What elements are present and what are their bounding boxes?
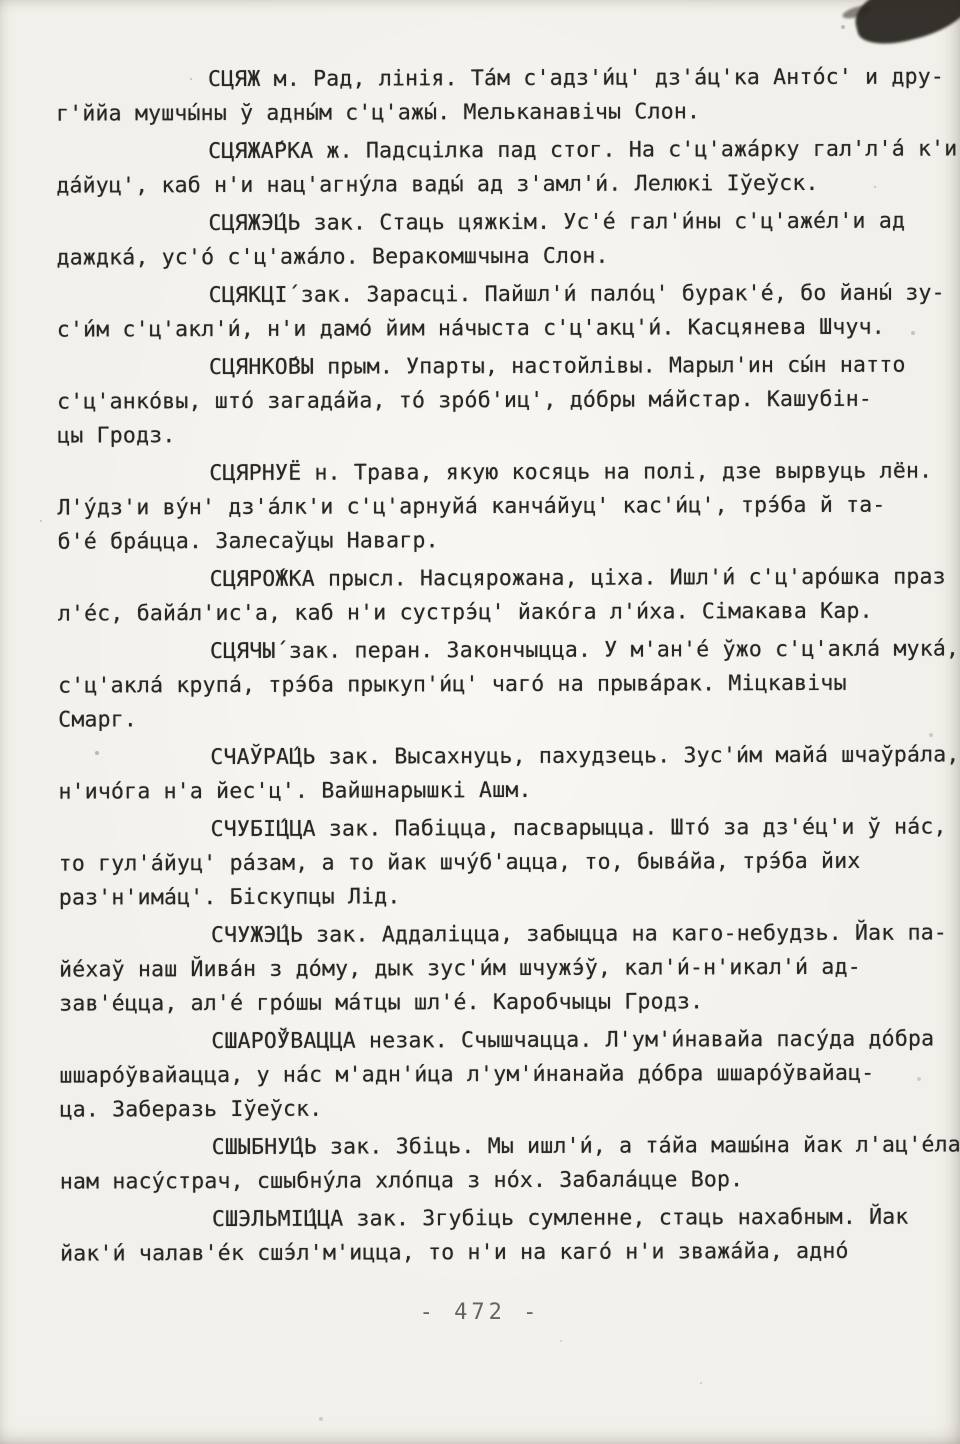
entry-headword-line: СЦЯРНУЁ н. Трава, якую косяць на полі, д… bbox=[57, 454, 957, 491]
entry-line: с'и́м с'ц'акл'и́, н'и дамо́ йим на́чыста… bbox=[57, 310, 957, 347]
entry-headword-line: СШАРО́ЎВАЦЦА незак. Счышчацца. Л'ум'и́на… bbox=[59, 1022, 959, 1059]
entry-line: г'ййа мушчы́ны ў адны́м с'ц'ажы́. Мелька… bbox=[56, 94, 956, 131]
dictionary-entry: СЧУЖЭ́ЦЬ зак. Аддаліцца, забыцца на каго… bbox=[59, 916, 959, 1021]
entry-line: Л'у́дз'и ву́н' дз'а́лк'и с'ц'арнуйа́ кан… bbox=[57, 488, 957, 525]
entry-line: йак'и́ чалав'е́к сшэ́л'м'ицца, то н'и на… bbox=[60, 1234, 960, 1271]
entry-line: раз'н'има́ц'. Біскупцы Лід. bbox=[59, 878, 959, 915]
entry-line: цы Гродз. bbox=[57, 416, 957, 453]
entry-line: да́йуц', каб н'и нац'агну́ла вады́ ад з'… bbox=[56, 166, 956, 203]
dictionary-entry: СЧУБІ́ЦЦА зак. Пабіцца, пасварыцца. Што́… bbox=[59, 810, 959, 915]
entry-line: йе́хаў наш Йива́н з до́му, дык зус'и́м ш… bbox=[59, 950, 959, 987]
entry-line: ца. Заберазь Іўеўск. bbox=[59, 1090, 959, 1127]
dictionary-entry: СШЫБНУ́ЦЬ зак. Збіць. Мы ишл'и́, а та́йа… bbox=[60, 1128, 960, 1199]
dictionary-entry: СЦЯНКО́ВЫ прым. Упарты, настойлівы. Мары… bbox=[57, 348, 957, 453]
dictionary-entry: СЦЯЖА́РКА ж. Падсцілка пад стог. На с'ц'… bbox=[56, 132, 956, 203]
entry-headword-line: СЧАЎРА́ЦЬ зак. Высахнуць, пахудзець. Зус… bbox=[58, 738, 958, 775]
dictionary-entry: СЦЯЖ м. Рад, лінія. Та́м с'адз'и́ц' дз'а… bbox=[56, 60, 956, 131]
entry-line: то гул'а́йуц' ра́зам, а то йак шчу́б'ацц… bbox=[59, 844, 959, 881]
dictionary-entry: СЦЯЧЫ́ зак. перан. Закончыцца. У м'ан'е́… bbox=[58, 632, 958, 737]
entry-headword-line: СЦЯРО́ЖКА прысл. Насцярожана, ціха. Ишл'… bbox=[58, 560, 958, 597]
dictionary-entry: СШЭЛЬМІ́ЦЦА зак. Згубіць сумленне, стаць… bbox=[60, 1200, 960, 1271]
entry-line: нам насу́страч, сшыбну́ла хло́пца з но́х… bbox=[60, 1162, 960, 1199]
dictionary-entry: СЦЯЖЭ́ЦЬ зак. Стаць цяжкім. Ус'е́ гал'и́… bbox=[56, 204, 956, 275]
entry-line: с'ц'акла́ крупа́, трэ́ба прыкуп'и́ц' чаг… bbox=[58, 666, 958, 703]
entry-headword-line: СШЭЛЬМІ́ЦЦА зак. Згубіць сумленне, стаць… bbox=[60, 1200, 960, 1237]
entry-line: н'ичо́га н'а йес'ц'. Вайшнарышкі Ашм. bbox=[58, 772, 958, 809]
dictionary-text: СЦЯЖ м. Рад, лінія. Та́м с'адз'и́ц' дз'а… bbox=[56, 60, 960, 1275]
entry-headword-line: СШЫБНУ́ЦЬ зак. Збіць. Мы ишл'и́, а та́йа… bbox=[60, 1128, 960, 1165]
dictionary-entry: СЧАЎРА́ЦЬ зак. Высахнуць, пахудзець. Зус… bbox=[58, 738, 958, 809]
entry-headword-line: СЦЯНКО́ВЫ прым. Упарты, настойлівы. Мары… bbox=[57, 348, 957, 385]
scanned-page: СЦЯЖ м. Рад, лінія. Та́м с'адз'и́ц' дз'а… bbox=[0, 0, 960, 1444]
entry-headword-line: СЦЯЖА́РКА ж. Падсцілка пад стог. На с'ц'… bbox=[56, 132, 956, 169]
entry-line: Смарг. bbox=[58, 700, 958, 737]
dictionary-entry: СЦЯКЦІ́ зак. Зарасці. Пайшл'и́ пало́ц' б… bbox=[57, 276, 957, 347]
entry-line: с'ц'анко́вы, што́ загада́йа, то́ зро́б'и… bbox=[57, 382, 957, 419]
entry-headword-line: СЧУБІ́ЦЦА зак. Пабіцца, пасварыцца. Што́… bbox=[59, 810, 959, 847]
entry-line: л'е́с, байа́л'ис'а, каб н'и сустрэ́ц' йа… bbox=[58, 594, 958, 631]
dictionary-entry: СЦЯРО́ЖКА прысл. Насцярожана, ціха. Ишл'… bbox=[58, 560, 958, 631]
dictionary-entry: СЦЯРНУЁ н. Трава, якую косяць на полі, д… bbox=[57, 454, 957, 559]
entry-headword-line: СЦЯКЦІ́ зак. Зарасці. Пайшл'и́ пало́ц' б… bbox=[57, 276, 957, 313]
entry-headword-line: СЦЯЖ м. Рад, лінія. Та́м с'адз'и́ц' дз'а… bbox=[56, 60, 956, 97]
entry-headword-line: СЦЯЧЫ́ зак. перан. Закончыцца. У м'ан'е́… bbox=[58, 632, 958, 669]
entry-line: даждка́, ус'о́ с'ц'ажа́ло. Веракомшчына … bbox=[57, 238, 957, 275]
entry-headword-line: СЧУЖЭ́ЦЬ зак. Аддаліцца, забыцца на каго… bbox=[59, 916, 959, 953]
entry-line: шшаро́ўвайацца, у на́с м'адн'и́ца л'ум'и… bbox=[59, 1056, 959, 1093]
scan-noise bbox=[0, 0, 2, 2]
entry-line: б'е́ бра́цца. Залесаўцы Навагр. bbox=[58, 522, 958, 559]
entry-line: зав'е́цца, ал'е́ гро́шы ма́тцы шл'е́. Ка… bbox=[59, 984, 959, 1021]
dictionary-entry: СШАРО́ЎВАЦЦА незак. Счышчацца. Л'ум'и́на… bbox=[59, 1022, 959, 1127]
page-number: - 472 - bbox=[0, 1300, 960, 1325]
entry-headword-line: СЦЯЖЭ́ЦЬ зак. Стаць цяжкім. Ус'е́ гал'и́… bbox=[56, 204, 956, 241]
